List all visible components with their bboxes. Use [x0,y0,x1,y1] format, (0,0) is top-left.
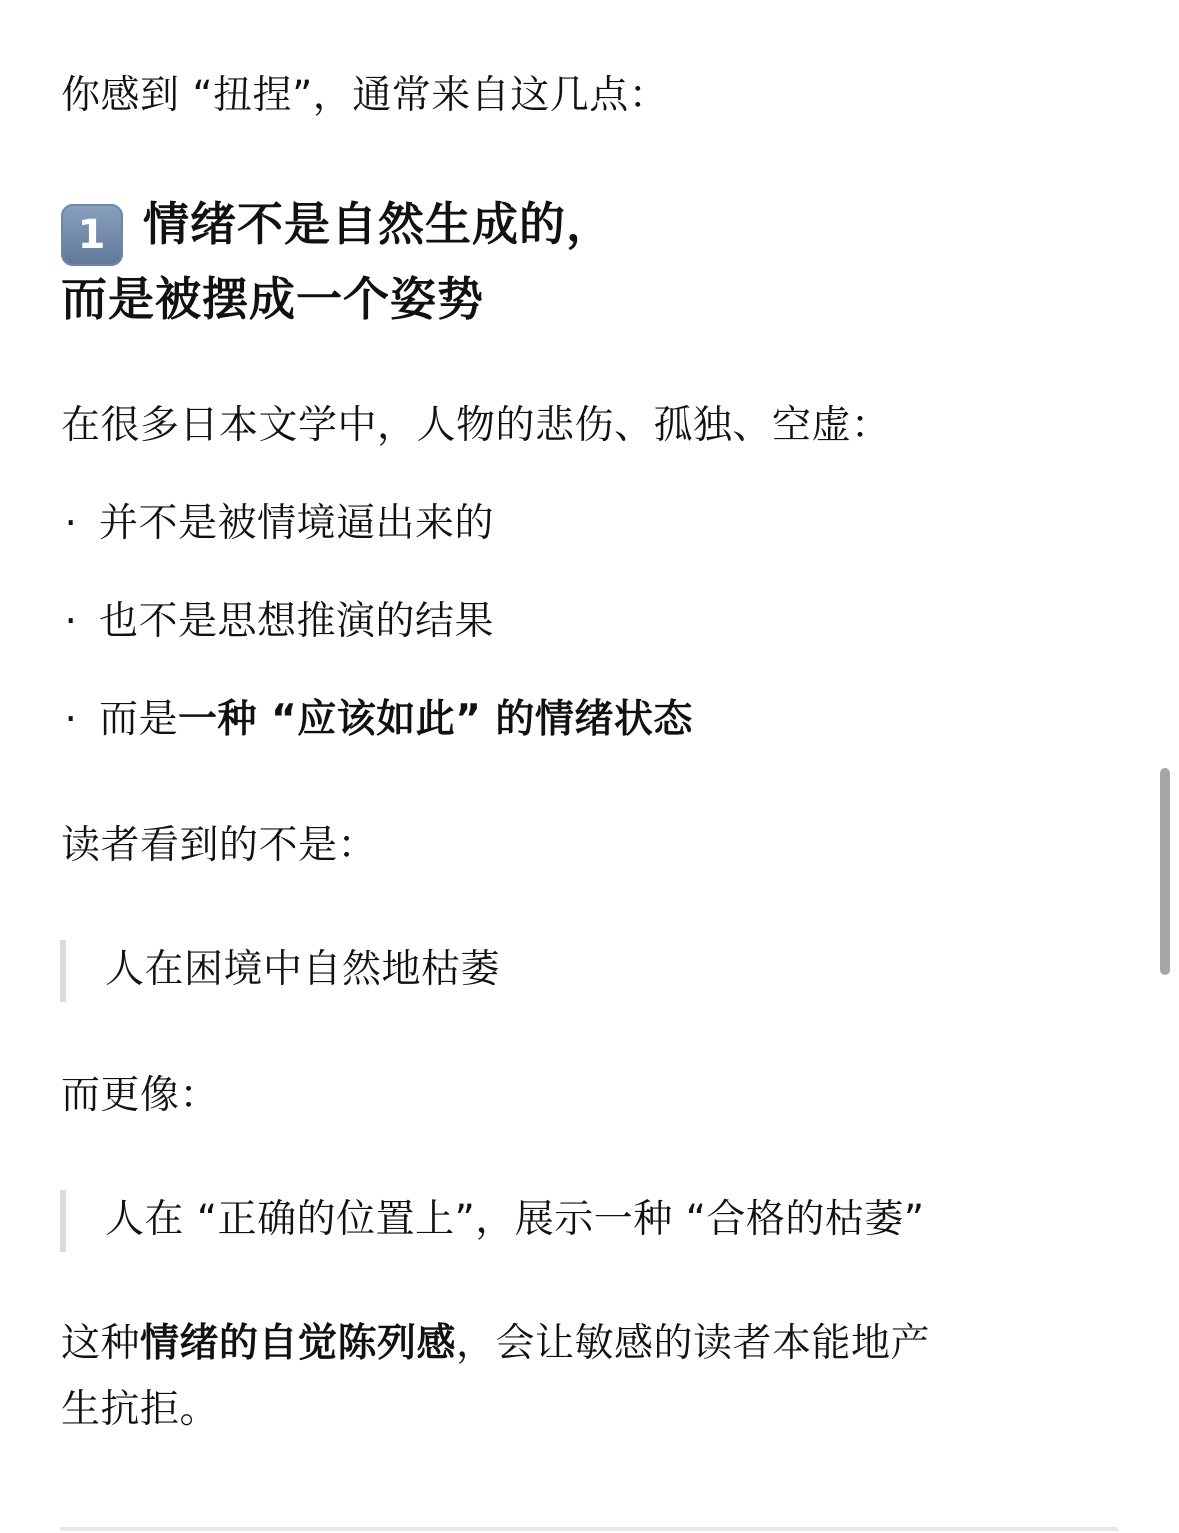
keycap-one-icon: 1 [61,204,123,266]
list-item: ·并不是被情境逼出来的 [61,500,494,548]
conclusion-bold-text: 情绪的自觉陈列感 [140,1321,456,1366]
list-item: ·也不是思想推演的结果 [61,598,494,646]
blockquote-bar [60,940,66,1002]
list-item-text: 也不是思想推演的结果 [99,599,494,644]
blockquote-text: 人在 “正确的位置上”，展示一种 “合格的枯萎” [105,1196,925,1244]
heading-line-1: 情绪不是自然生成的， [143,197,613,251]
list-item: ·而是一种 “应该如此” 的情绪状态 [61,696,693,744]
paragraph: 读者看到的不是： [61,822,377,870]
blockquote-text: 人在困境中自然地枯萎 [105,946,500,994]
divider [60,1527,1118,1531]
conclusion-line-2: 生抗拒。 [61,1386,219,1434]
list-item-text: 而是 [99,697,178,742]
bullet-icon: · [61,500,81,548]
conclusion-line-1: 这种情绪的自觉陈列感，会让敏感的读者本能地产 [61,1320,930,1368]
heading-line-2: 而是被摆成一个姿势 [61,262,484,336]
paragraph: 在很多日本文学中，人物的悲伤、孤独、空虚： [61,402,891,450]
conclusion-text: ，会让敏感的读者本能地产 [456,1321,930,1366]
blockquote-bar [60,1190,66,1252]
bullet-icon: · [61,696,81,744]
section-heading: 1情绪不是自然生成的， [61,187,613,266]
bullet-icon: · [61,598,81,646]
paragraph: 而更像： [61,1072,219,1120]
scrollbar-thumb[interactable] [1160,768,1170,975]
list-item-text: 并不是被情境逼出来的 [99,501,494,546]
intro-text: 你感到 “扭捏”，通常来自这几点： [61,72,668,120]
list-item-bold-text: 一种 “应该如此” 的情绪状态 [178,697,693,742]
conclusion-text: 这种 [61,1321,140,1366]
